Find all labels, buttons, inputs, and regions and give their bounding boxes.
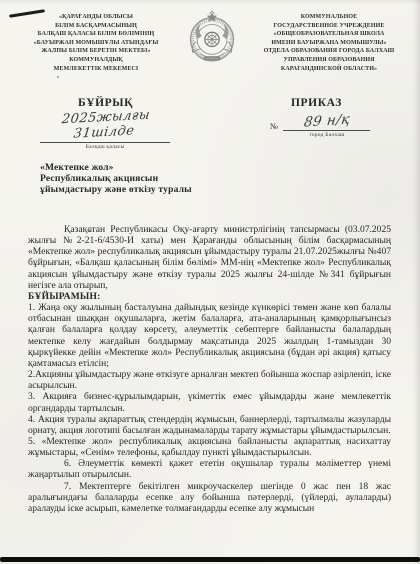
scan-bottom-edge	[0, 557, 420, 562]
number-line: 89 н/қ	[283, 112, 370, 131]
scan-speck	[57, 76, 59, 78]
place-kazakh-label: Балқаш қаласы	[40, 144, 170, 150]
place-russian-label: город Балхаш	[284, 132, 370, 138]
order-item-5: 5. «Мектепке жол» республикалық акциясын…	[28, 436, 391, 458]
order-item-7: 7. Мектептерге бекітілген микроучаскелер…	[28, 481, 391, 514]
org-line: ГОСУДАРСТВЕННОЕ УЧРЕЖДЕНИЕ	[246, 22, 412, 31]
org-line: ЖАЛПЫ БІЛІМ БЕРЕТІН МЕКТЕБІ»	[20, 47, 172, 56]
org-line: МЕМЛЕКЕТТІК МЕКЕМЕСІ	[20, 65, 172, 74]
org-name-russian: КОММУНАЛЬНОЕ ГОСУДАРСТВЕННОЕ УЧРЕЖДЕНИЕ …	[246, 13, 412, 73]
subject-title: «Мектепке жол» Республикалық акциясын ұй…	[40, 163, 260, 195]
org-line: «БАУЫРЖАН МОМЫШҰЛЫ АТЫНДАҒЫ	[20, 39, 172, 48]
date-block: 2025жылғы 31шілде Балқаш қаласы	[40, 110, 170, 150]
handwritten-number: 89 н/қ	[302, 111, 350, 130]
date-line: 2025жылғы 31шілде	[40, 110, 170, 143]
org-name-kazakh: «ҚАРАҒАНДЫ ОБЛЫСЫ БІЛІМ БАСҚАРМАСЫНЫҢ БА…	[20, 13, 172, 73]
org-line: «ОБЩЕОБРАЗОВАТЕЛЬНАЯ ШКОЛА	[246, 30, 412, 39]
subject-line: Республикалық акциясын	[40, 174, 260, 185]
org-line: «ҚАРАҒАНДЫ ОБЛЫСЫ	[20, 13, 172, 22]
order-heading-russian: ПРИКАЗ	[291, 97, 342, 109]
subject-line: ұйымдастыру және өткізу туралы	[40, 185, 260, 196]
handwritten-date: 2025жылғы 31шілде	[38, 106, 172, 143]
resolve-heading: БҰЙЫРАМЫН:	[28, 291, 391, 302]
order-item-3: 3. Акцияға бизнес-құрылымдарын, үкіметті…	[28, 391, 391, 413]
org-line: ОТДЕЛА ОБРАЗОВАНИЯ ГОРОДА БАЛХАШ	[246, 47, 412, 56]
org-line: КОММУНАЛЬНОЕ	[246, 13, 412, 22]
order-item-6: 6. Әлеуметтік көмекті қажет ететін оқушы…	[28, 458, 391, 480]
order-item-2: 2.Акцияны ұйымдастыру және өткізуге арна…	[28, 369, 391, 391]
order-body: Қазақстан Республикасы Оқу-ағарту минист…	[28, 224, 391, 514]
order-item-1: 1. Жаңа оқу жылының басталуына дайындық …	[28, 302, 391, 369]
order-heading-kazakh: БҰЙРЫҚ	[78, 97, 133, 109]
kazakhstan-emblem-icon	[182, 6, 242, 68]
number-sign: №	[270, 121, 278, 131]
org-line: КОММУНАЛДЫҚ	[20, 56, 172, 65]
intro-paragraph: Қазақстан Республикасы Оқу-ағарту минист…	[28, 224, 391, 291]
org-line: БАЛҚАШ ҚАЛАСЫ БІЛІМ БӨЛІМІНІҢ	[20, 30, 172, 39]
order-item-4: 4. Акция туралы ақпараттық стендердің жұ…	[28, 414, 391, 436]
org-line: УПРАВЛЕНИЯ ОБРАЗОВАНИЯ	[246, 56, 412, 65]
number-block: № 89 н/қ город Балхаш	[270, 112, 370, 138]
org-line: БІЛІМ БАСҚАРМАСЫНЫҢ	[20, 22, 172, 31]
org-line: КАРАГАНДИНСКОЙ ОБЛАСТИ»	[246, 65, 412, 74]
org-line: ИМЕНИ БАУЫРЖАНА МОМЫШУЛЫ»	[246, 39, 412, 48]
scanned-order-document: «ҚАРАҒАНДЫ ОБЛЫСЫ БІЛІМ БАСҚАРМАСЫНЫҢ БА…	[0, 0, 420, 564]
